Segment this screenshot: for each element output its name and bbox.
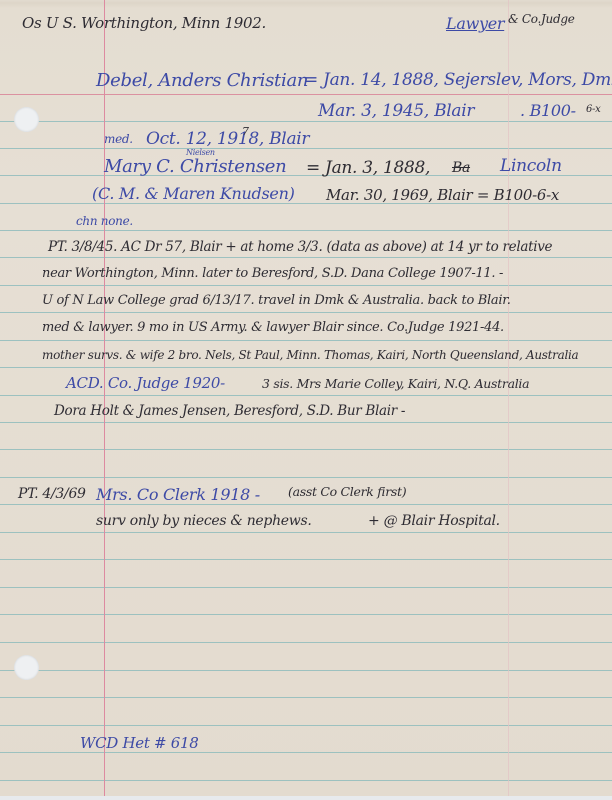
note-line: mother survs. & wife 2 bro. Nels, St Pau… <box>42 348 578 362</box>
rule-line <box>0 367 612 368</box>
spouse-birth-place: Lincoln <box>500 156 562 176</box>
spouse-birth: = Jan. 3, 1888, <box>306 158 430 178</box>
spouse-parents: (C. M. & Maren Knudsen) <box>92 184 295 203</box>
note-line: U of N Law College grad 6/13/17. travel … <box>42 293 511 308</box>
pt-1969-line2: surv only by nieces & nephews. <box>96 513 312 529</box>
occupation-primary: Lawyer <box>446 14 504 33</box>
rule-line <box>0 725 612 726</box>
pt-1969-blue-text: Mrs. Co Clerk 1918 - <box>96 485 260 504</box>
spouse-birth-struck: Ba <box>452 160 470 176</box>
pt-1969-label: PT. 4/3/69 <box>18 486 86 502</box>
rule-line <box>0 449 612 450</box>
rule-line <box>0 587 612 588</box>
rule-line <box>0 752 612 753</box>
rule-line <box>0 257 612 258</box>
punch-hole-bottom <box>14 655 39 680</box>
pt-1969-aside: (asst Co Clerk first) <box>288 484 406 499</box>
note-line-blue: ACD. Co. Judge 1920- <box>66 374 225 392</box>
header-rule <box>0 94 612 95</box>
rule-line <box>0 477 612 478</box>
subject-name: Debel, Anders Christian <box>96 70 308 91</box>
rule-line <box>0 670 612 671</box>
children-label: chn none. <box>76 214 133 228</box>
origin-line: Os U S. Worthington, Minn 1902. <box>22 14 266 32</box>
subject-death: Mar. 3, 1945, Blair <box>318 101 474 121</box>
occupation-secondary: & Co.Judge <box>508 12 575 26</box>
spouse-name: Mary C. Christensen <box>104 156 286 177</box>
rule-line <box>0 230 612 231</box>
right-margin-line <box>508 0 509 800</box>
rule-line <box>0 395 612 396</box>
left-margin-line <box>104 0 105 800</box>
spouse-name-insertion: Nielsen <box>186 148 215 157</box>
rule-line <box>0 780 612 781</box>
rule-line <box>0 697 612 698</box>
note-line: med & lawyer. 9 mo in US Army. & lawyer … <box>42 320 504 335</box>
note-line: 3 sis. Mrs Marie Colley, Kairi, N.Q. Aus… <box>262 376 529 391</box>
rule-line <box>0 504 612 505</box>
rule-line <box>0 422 612 423</box>
rule-line <box>0 285 612 286</box>
page-edge <box>0 796 612 800</box>
subject-death-ref-suffix: 6-x <box>586 104 600 115</box>
marriage-date: Oct. 12, 1918, Blair <box>146 129 309 149</box>
marriage-label: med. <box>104 132 133 146</box>
rule-line <box>0 614 612 615</box>
marriage-date-correction: 7 <box>242 125 249 138</box>
subject-birth: = Jan. 14, 1888, Sejerslev, Mors, Dmk <box>304 70 612 90</box>
rule-line <box>0 559 612 560</box>
footer-ref: WCD Het # 618 <box>80 734 199 752</box>
notebook-page: Os U S. Worthington, Minn 1902. Lawyer &… <box>0 0 612 800</box>
note-line: PT. 3/8/45. AC Dr 57, Blair + at home 3/… <box>48 239 552 255</box>
spouse-death: Mar. 30, 1969, Blair = B100-6-x <box>326 186 559 204</box>
rule-line <box>0 312 612 313</box>
note-line: near Worthington, Minn. later to Beresfo… <box>42 266 503 281</box>
rule-line <box>0 121 612 122</box>
note-line: Dora Holt & James Jensen, Beresford, S.D… <box>54 403 405 419</box>
rule-line <box>0 532 612 533</box>
pt-1969-line2-end: + @ Blair Hospital. <box>368 513 500 529</box>
subject-death-ref: . B100- <box>520 101 576 120</box>
punch-hole-top <box>14 107 39 132</box>
rule-line <box>0 642 612 643</box>
rule-line <box>0 340 612 341</box>
